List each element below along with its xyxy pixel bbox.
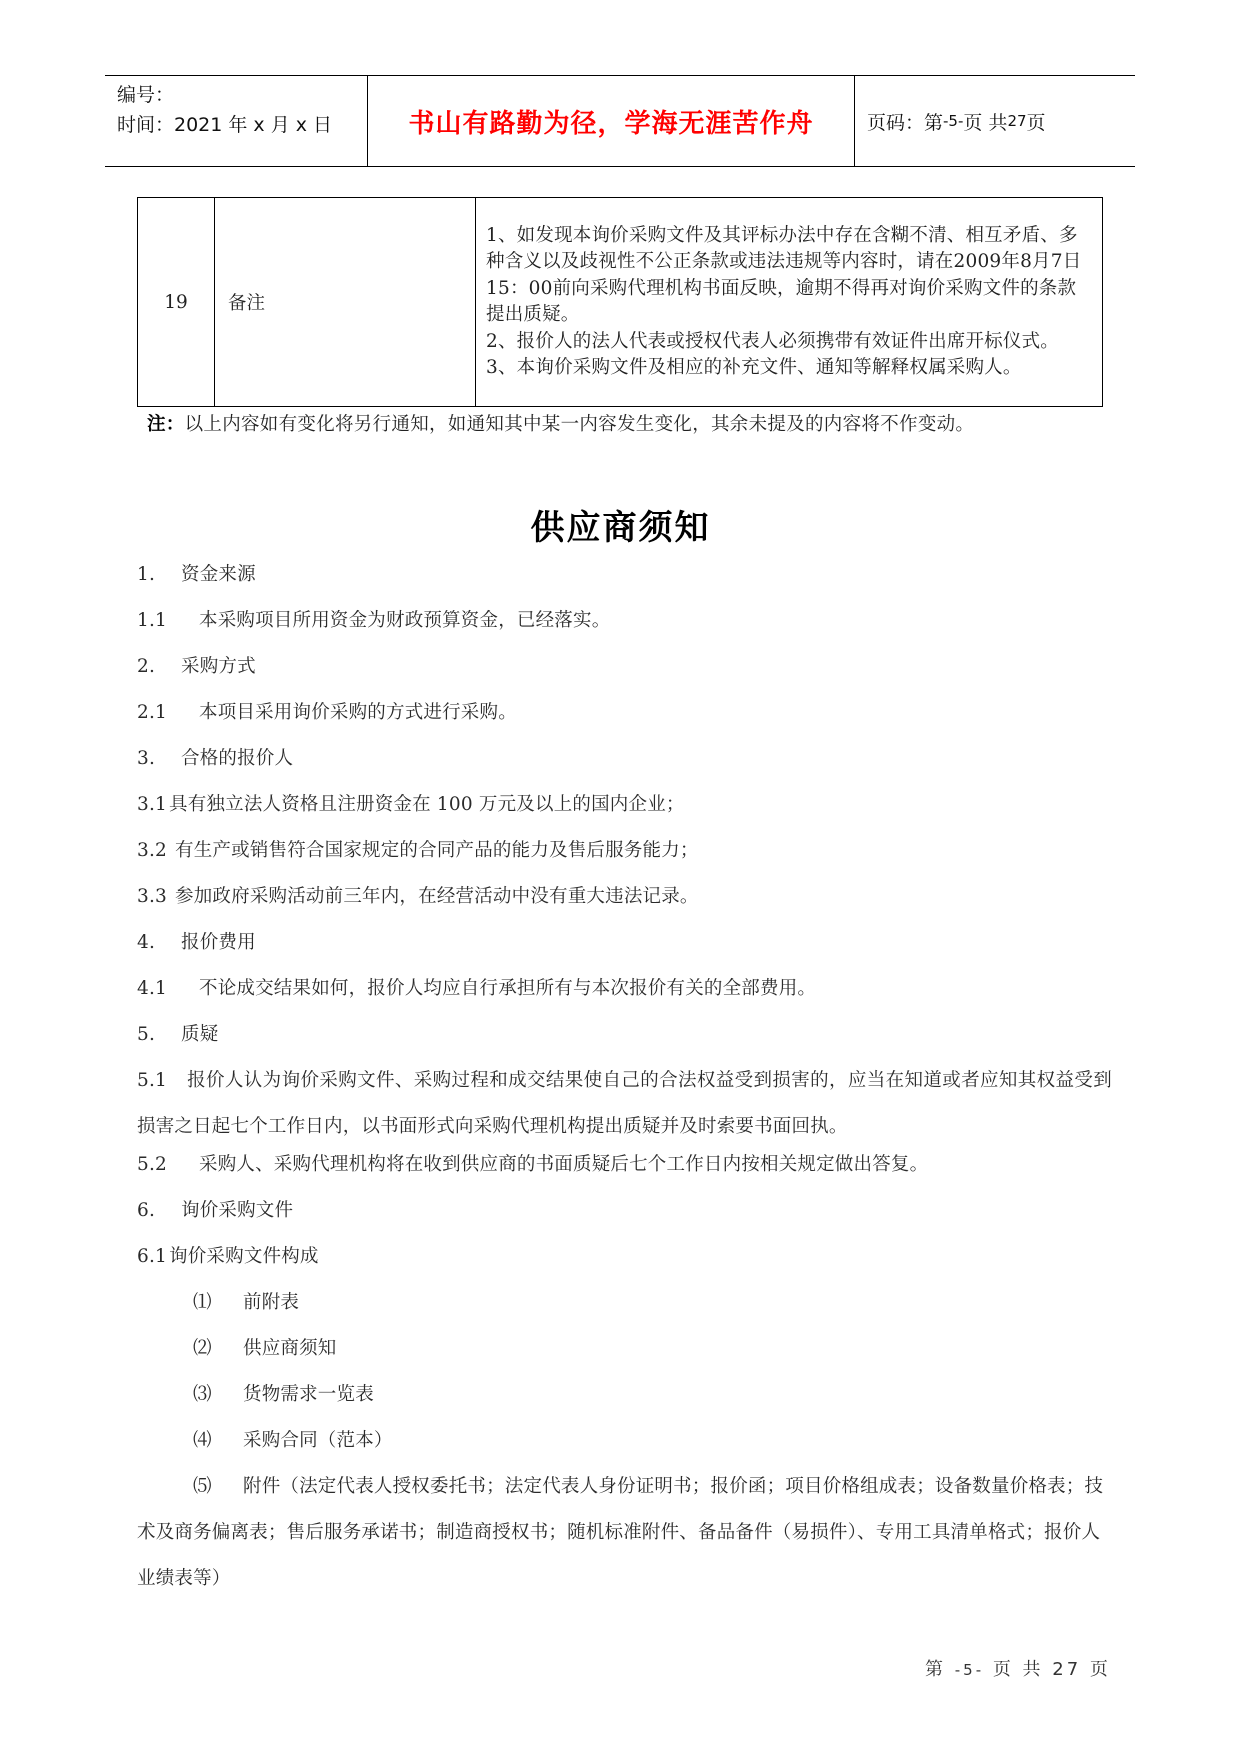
document-body: 1.资金来源 1.1本采购项目所用资金为财政预算资金，已经落实。 2.采购方式 … xyxy=(137,560,1112,1602)
table-row: 19 备注 1、如发现本询价采购文件及其评标办法中存在含糊不清、相互矛盾、多种含… xyxy=(138,198,1103,407)
page-total: 27 xyxy=(1007,112,1026,130)
remark-1: 1、如发现本询价采购文件及其评标办法中存在含糊不清、相互矛盾、多种含义以及歧视性… xyxy=(486,223,1094,329)
table-note: 注：以上内容如有变化将另行通知，如通知其中某一内容发生变化，其余未提及的内容将不… xyxy=(147,410,974,436)
clause-6-1: 6.1询价采购文件构成 xyxy=(137,1242,1112,1288)
document-number-label: 编号： xyxy=(117,80,367,110)
page-suffix: 页 xyxy=(1027,108,1046,135)
list-item: ⑵供应商须知 xyxy=(137,1334,1112,1380)
heading-3: 3.合格的报价人 xyxy=(137,744,1112,790)
note-text: 以上内容如有变化将另行通知，如通知其中某一内容发生变化，其余未提及的内容将不作变… xyxy=(185,414,975,435)
header-meta: 编号： 时间：2021 年 x 月 x 日 xyxy=(117,80,367,140)
clause-4-1: 4.1不论成交结果如何，报价人均应自行承担所有与本次报价有关的全部费用。 xyxy=(137,974,1112,1020)
row-item: 备注 xyxy=(215,198,476,407)
list-item: ⑸附件（法定代表人授权委托书；法定代表人身份证明书；报价函；项目价格组成表；设备… xyxy=(137,1464,1112,1602)
page-current: -5- xyxy=(943,112,963,130)
heading-6: 6.询价采购文件 xyxy=(137,1196,1112,1242)
heading-4: 4.报价费用 xyxy=(137,928,1112,974)
document-time: 时间：2021 年 x 月 x 日 xyxy=(117,110,367,140)
list-item: ⑶货物需求一览表 xyxy=(137,1380,1112,1426)
clause-3-2: 3.2有生产或销售符合国家规定的合同产品的能力及售后服务能力； xyxy=(137,836,1112,882)
heading-2: 2.采购方式 xyxy=(137,652,1112,698)
header-motto: 书山有路勤为径，学海无涯苦作舟 xyxy=(368,76,854,166)
clause-2-1: 2.1本项目采用询价采购的方式进行采购。 xyxy=(137,698,1112,744)
clause-1-1: 1.1本采购项目所用资金为财政预算资金，已经落实。 xyxy=(137,606,1112,652)
list-item: ⑴前附表 xyxy=(137,1288,1112,1334)
page-footer: 第 -5- 页 共 27 页 xyxy=(925,1655,1111,1681)
section-title: 供应商须知 xyxy=(0,500,1241,549)
heading-1: 1.资金来源 xyxy=(137,560,1112,606)
page-mid: 页 共 xyxy=(963,108,1007,135)
clause-5-2: 5.2采购人、采购代理机构将在收到供应商的书面质疑后七个工作日内按相关规定做出答… xyxy=(137,1150,1112,1196)
header-divider xyxy=(854,76,855,166)
appendix-table: 19 备注 1、如发现本询价采购文件及其评标办法中存在含糊不清、相互矛盾、多种含… xyxy=(137,197,1103,407)
page-prefix: 页码：第 xyxy=(867,108,943,135)
remark-2: 2、报价人的法人代表或授权代表人必须携带有效证件出席开标仪式。 xyxy=(486,329,1094,356)
clause-3-1: 3.1具有独立法人资格且注册资金在 100 万元及以上的国内企业； xyxy=(137,790,1112,836)
page-header: 编号： 时间：2021 年 x 月 x 日 书山有路勤为径，学海无涯苦作舟 页码… xyxy=(105,75,1135,167)
row-index: 19 xyxy=(138,198,215,407)
row-content: 1、如发现本询价采购文件及其评标办法中存在含糊不清、相互矛盾、多种含义以及歧视性… xyxy=(476,198,1103,407)
clause-3-3: 3.3参加政府采购活动前三年内，在经营活动中没有重大违法记录。 xyxy=(137,882,1112,928)
remark-3: 3、本询价采购文件及相应的补充文件、通知等解释权属采购人。 xyxy=(486,355,1094,382)
clause-5-1: 5.1报价人认为询价采购文件、采购过程和成交结果使自己的合法权益受到损害的，应当… xyxy=(137,1058,1112,1150)
header-page-number: 页码：第 -5-页 共 27 页 xyxy=(867,76,1046,166)
note-label: 注： xyxy=(147,414,185,435)
